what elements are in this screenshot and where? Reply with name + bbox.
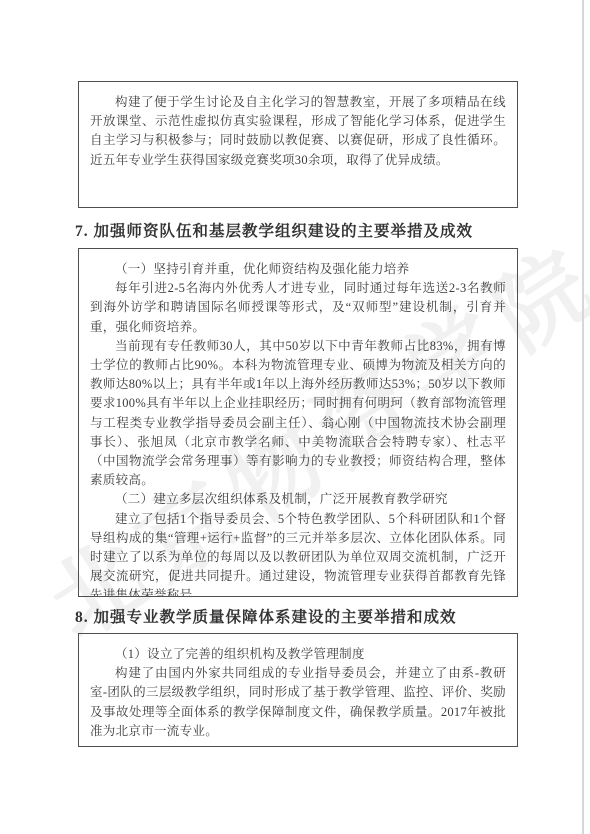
text-box-faculty-team-building: （一）坚持引育并重，优化师资结构及强化能力培养 每年引进2-5名海内外优秀人才进…	[78, 248, 518, 597]
paragraph: 构建了便于学生讨论及自主化学习的智慧教室，开展了多项精品在线开放课堂、示范性虚拟…	[90, 93, 506, 170]
sub-heading-paragraph: （一）坚持引育并重，优化师资结构及强化能力培养	[90, 260, 506, 279]
text-box-smart-classroom-achievements: 构建了便于学生讨论及自主化学习的智慧教室，开展了多项精品在线开放课堂、示范性虚拟…	[78, 81, 518, 208]
scan-edge-line	[582, 0, 584, 834]
section-heading-7: 7. 加强师资队伍和基层教学组织建设的主要举措及成效	[75, 219, 535, 241]
paragraph: 每年引进2-5名海内外优秀人才进专业，同时通过每年选送2-3名教师到海外访学和聘…	[90, 279, 506, 337]
text-box-quality-assurance: （1）设立了完善的组织机构及教学管理制度 构建了由国内外家共同组成的专业指导委员…	[78, 633, 518, 747]
paragraph: 建立了包括1个指导委员会、5个特色教学团队、5个科研团队和1个督导组构成的集“管…	[90, 510, 506, 597]
sub-heading-paragraph: （二）建立多层次组织体系及机制，广泛开展教育教学研究	[90, 490, 506, 509]
sub-heading-paragraph: （1）设立了完善的组织机构及教学管理制度	[90, 645, 506, 664]
document-page: 北京物资学院 构建了便于学生讨论及自主化学习的智慧教室，开展了多项精品在线开放课…	[0, 0, 590, 834]
paragraph: 构建了由国内外家共同组成的专业指导委员会，并建立了由系-教研室-团队的三层级教学…	[90, 664, 506, 741]
section-heading-8: 8. 加强专业教学质量保障体系建设的主要举措和成效	[75, 605, 535, 627]
paragraph: 当前现有专任教师30人，其中50岁以下中青年教师占比83%，拥有博士学位的教师占…	[90, 337, 506, 491]
